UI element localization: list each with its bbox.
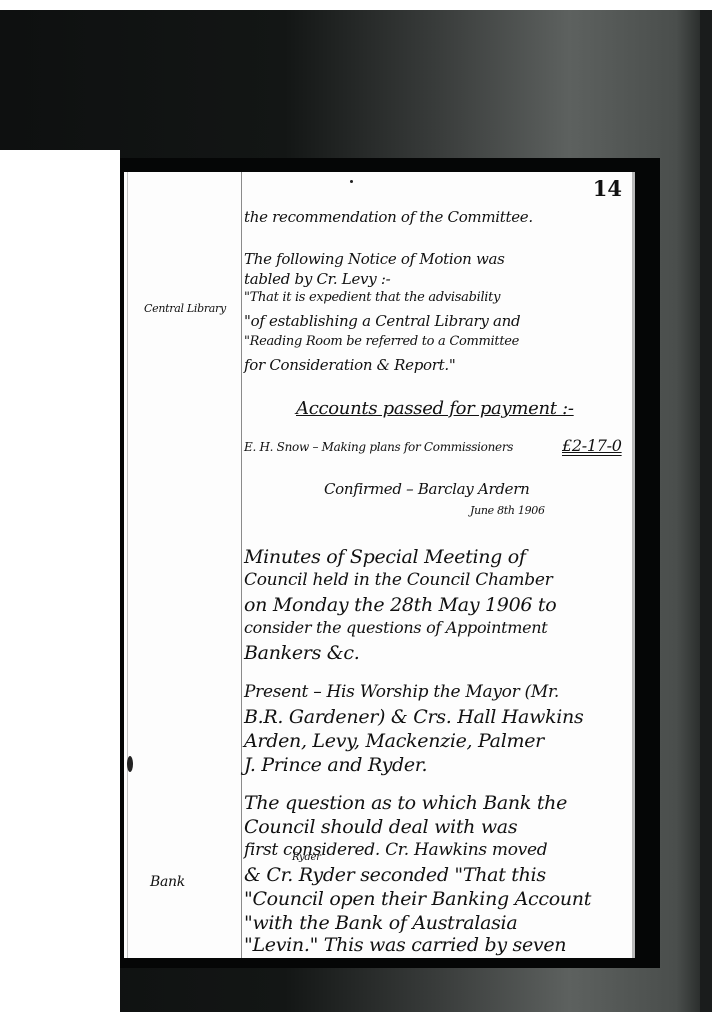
scanner-edge [700, 10, 712, 1012]
left-rule [127, 172, 128, 958]
text-line: tabled by Cr. Levy :- [244, 270, 390, 288]
margin-rule [241, 172, 242, 958]
text-line: first considered. Cr. Hawkins moved [244, 840, 547, 860]
meeting-title-line: consider the questions of Appointment [244, 618, 547, 637]
meeting-title-line: on Monday the 28th May 1906 to [244, 594, 556, 616]
meeting-title-line: Bankers &c. [244, 642, 359, 664]
ink-blot [127, 756, 133, 772]
text-line: "Levin." This was carried by seven [244, 934, 566, 956]
text-line: "Reading Room be referred to a Committee [244, 334, 519, 349]
text-line: "Council open their Banking Account [244, 888, 591, 910]
text-line: "of establishing a Central Library and [244, 312, 520, 330]
present-line: Present – His Worship the Mayor (Mr. [244, 682, 559, 702]
accounts-heading: Accounts passed for payment :- [296, 398, 574, 419]
text-line: The question as to which Bank the [244, 792, 567, 814]
text-line: Council should deal with was [244, 816, 517, 838]
text-line: the recommendation of the Committee. [244, 208, 533, 226]
margin-note-bank: Bank [150, 874, 185, 890]
text-line: The following Notice of Motion was [244, 250, 505, 268]
ink-speck [350, 180, 353, 183]
present-line: B.R. Gardener) & Crs. Hall Hawkins [244, 706, 583, 728]
correction-insertion: Ryder [292, 852, 321, 863]
margin-note-central-library: Central Library [144, 302, 226, 315]
present-line: J. Prince and Ryder. [244, 754, 427, 776]
meeting-title-line: Minutes of Special Meeting of [244, 546, 526, 568]
confirmed-date: June 8th 1906 [470, 504, 545, 517]
text-line: "with the Bank of Australasia [244, 912, 517, 934]
page-number: 14 [593, 176, 622, 201]
meeting-title-line: Council held in the Council Chamber [244, 570, 552, 590]
account-entry: E. H. Snow – Making plans for Commission… [244, 440, 513, 454]
minute-book-page: 14 Central Library Bank the recommendati… [124, 172, 635, 958]
blank-margin [0, 150, 120, 1024]
text-line: & Cr. Ryder seconded "That this [244, 864, 546, 886]
text-line: for Consideration & Report." [244, 356, 455, 374]
text-line: "That it is expedient that the advisabil… [244, 290, 500, 305]
present-line: Arden, Levy, Mackenzie, Palmer [244, 730, 544, 752]
confirmed-signature: Confirmed – Barclay Ardern [324, 480, 529, 498]
blank-bottom [0, 1012, 724, 1024]
account-amount: £2-17-0 [562, 436, 622, 455]
